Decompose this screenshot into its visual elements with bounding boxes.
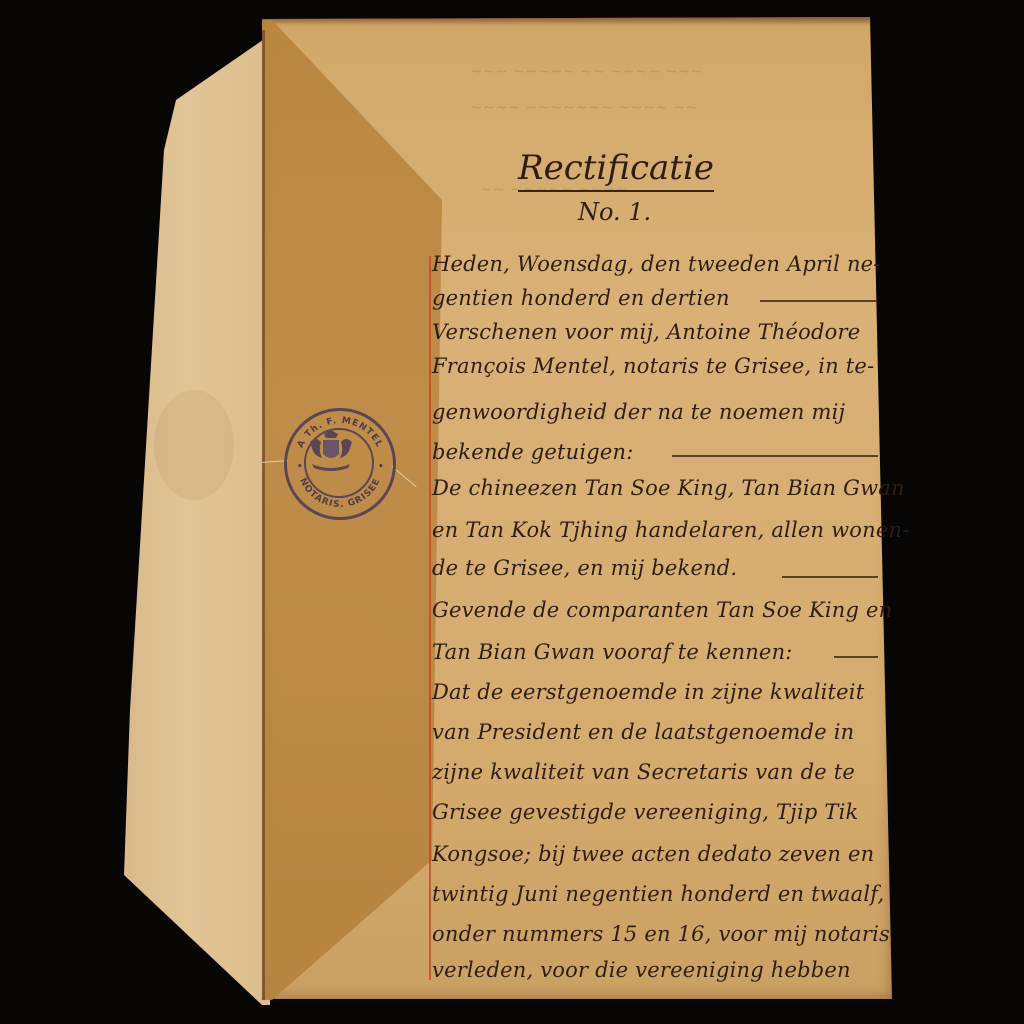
seal-inner-ring: [304, 428, 374, 498]
page-edge-shadow: [262, 17, 892, 25]
paper-stain: [154, 390, 234, 500]
text-line: de te Grisee, en mij bekend.: [432, 556, 737, 580]
document-number: No. 1.: [578, 198, 651, 226]
text-line: François Mentel, notaris te Grisee, in t…: [432, 354, 874, 378]
text-line: gentien honderd en dertien: [432, 286, 730, 310]
text-line: Gevende de comparanten Tan Soe King en: [432, 598, 892, 622]
fold-crease: [262, 30, 265, 1000]
text-line: Tan Bian Gwan vooraf te kennen:: [432, 640, 793, 664]
coat-of-arms-icon: [306, 430, 356, 474]
bleed-through-text: ~~~~ ~~~~~~~ ~~~~ ~~: [470, 98, 698, 116]
notary-seal: A Th. F. MENTEL NOTARIS. GRISEE • •: [284, 408, 396, 520]
text-line: van President en de laatstgenoemde in: [432, 720, 854, 744]
text-line: De chineezen Tan Soe King, Tan Bian Gwan: [432, 476, 905, 500]
text-line: Dat de eerstgenoemde in zijne kwaliteit: [432, 680, 864, 704]
svg-text:•: •: [378, 462, 385, 472]
svg-text:•: •: [297, 462, 304, 472]
document-title: Rectificatie: [518, 148, 714, 192]
text-line: Heden, Woensdag, den tweeden April ne-: [432, 252, 881, 276]
fill-dash: [782, 576, 878, 578]
fill-dash: [834, 656, 878, 658]
text-line: verleden, voor die vereeniging hebben: [432, 958, 851, 982]
text-line: Verschenen voor mij, Antoine Théodore: [432, 320, 860, 344]
text-line: genwoordigheid der na te noemen mij: [432, 400, 845, 424]
text-line: onder nummers 15 en 16, voor mij notaris: [432, 922, 890, 946]
fill-dash: [672, 455, 878, 457]
red-margin-line: [429, 256, 431, 980]
text-line: en Tan Kok Tjhing handelaren, allen wone…: [432, 518, 910, 542]
text-line: bekende getuigen:: [432, 440, 634, 464]
photo-scene: ~~~ ~~~~~ ~~ ~~~~ ~~~ ~~~~ ~~~~~~~ ~~~~ …: [0, 0, 1024, 1024]
text-line: zijne kwaliteit van Secretaris van de te: [432, 760, 855, 784]
text-line: Grisee gevestigde vereeniging, Tjip Tik: [432, 800, 858, 824]
text-line: twintig Juni negentien honderd en twaalf…: [432, 882, 884, 906]
fill-dash: [760, 300, 878, 302]
bleed-through-text: ~~~ ~~~~~ ~~ ~~~~ ~~~: [470, 62, 703, 80]
text-line: Kongsoe; bij twee acten dedato zeven en: [432, 842, 874, 866]
folded-cover-flap: [124, 30, 274, 1005]
